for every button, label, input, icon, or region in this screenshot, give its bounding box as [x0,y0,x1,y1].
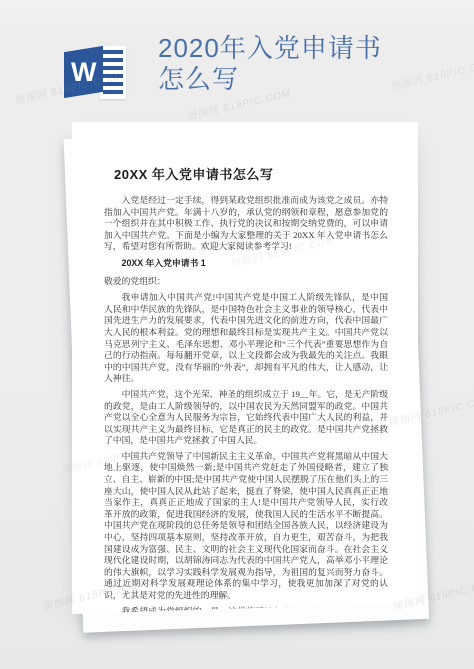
doc-paragraph-body: 我申请加入中国共产党!中国共产党是中国工人阶级先锋队，是中国人民和中华民族的先锋… [104,292,388,385]
doc-paragraph-greeting: 敬爱的党组织： [104,276,388,288]
doc-line [103,66,123,70]
doc-line [103,82,123,86]
document-title: 20XX 年入党申请书怎么写 [114,164,388,183]
page-background: W 2020年入党申请书怎么写 20XX 年入党申请书怎么写 入党是经过一定手续… [0,0,474,669]
word-icon-sheet [100,46,126,99]
doc-line [103,58,123,62]
doc-line [103,74,123,78]
document-page: 20XX 年入党申请书怎么写 入党是经过一定手续，得到某政党组织批准而成为该党之… [72,122,418,614]
doc-line [103,90,123,94]
doc-paragraph-body: 中国共产党领导了中国新民主主义革命，中国共产党将黑暗从中国大地上驱逐，使中国焕然… [104,451,388,602]
word-document-icon: W [64,41,125,102]
word-icon-letter: W [71,59,96,86]
word-icon-panel: W [64,46,103,98]
header: W 2020年入党申请书怎么写 [0,0,474,120]
page-title: 2020年入党申请书怎么写 [158,33,400,95]
doc-paragraph-subhead: 20XX 年入党申请书 1 [104,258,388,270]
doc-paragraph-body: 中国共产党，这个光荣、神圣的组织成立于 19__年。它，是无产阶级的政党，是由工… [104,389,388,447]
doc-line [103,50,123,54]
document-body: 入党是经过一定手续，得到某政党组织批准而成为该党之成员。亦特指加入中国共产党。年… [104,195,388,614]
doc-paragraph-body: 入党是经过一定手续，得到某政党组织批准而成为该党之成员。亦特指加入中国共产党。年… [104,195,388,253]
